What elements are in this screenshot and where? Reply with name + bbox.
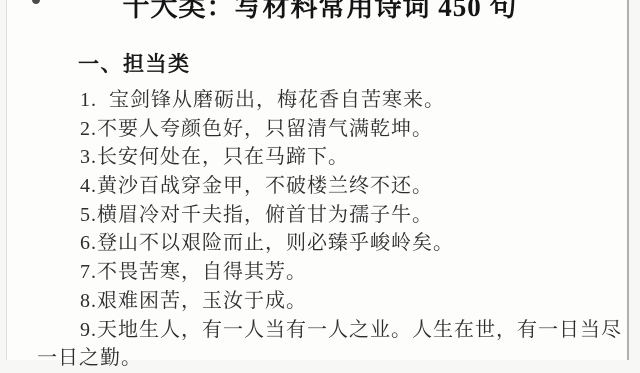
poem-line-6: 6.登山不以艰险而止，则必臻乎峻岭矣。 xyxy=(0,229,640,258)
poem-line-9: 9.天地生人，有一人当有一人之业。人生在世，有一日当尽 xyxy=(0,316,640,345)
poem-line-5: 5.横眉冷对千夫指，俯首甘为孺子牛。 xyxy=(0,201,640,230)
poem-line-1: 1. 宝剑锋从磨砺出，梅花香自苦寒来。 xyxy=(0,86,640,115)
poem-line-7: 7.不畏苦寒，自得其芳。 xyxy=(0,258,640,287)
poem-line-9-continuation: 一日之勤。 xyxy=(0,344,640,360)
poem-list: 1. 宝剑锋从磨砺出，梅花香自苦寒来。 2.不要人夸颜色好，只留清气满乾坤。 3… xyxy=(0,86,640,360)
poem-line-8: 8.艰难困苦，玉汝于成。 xyxy=(0,287,640,316)
poem-line-4: 4.黄沙百战穿金甲，不破楼兰终不还。 xyxy=(0,172,640,201)
document-title: 十大类：写材料常用诗词 450 句 xyxy=(0,0,640,23)
section-heading: 一、担当类 xyxy=(78,51,191,77)
poem-line-2: 2.不要人夸颜色好，只留清气满乾坤。 xyxy=(0,115,640,144)
poem-line-3: 3.长安何处在，只在马蹄下。 xyxy=(0,143,640,172)
